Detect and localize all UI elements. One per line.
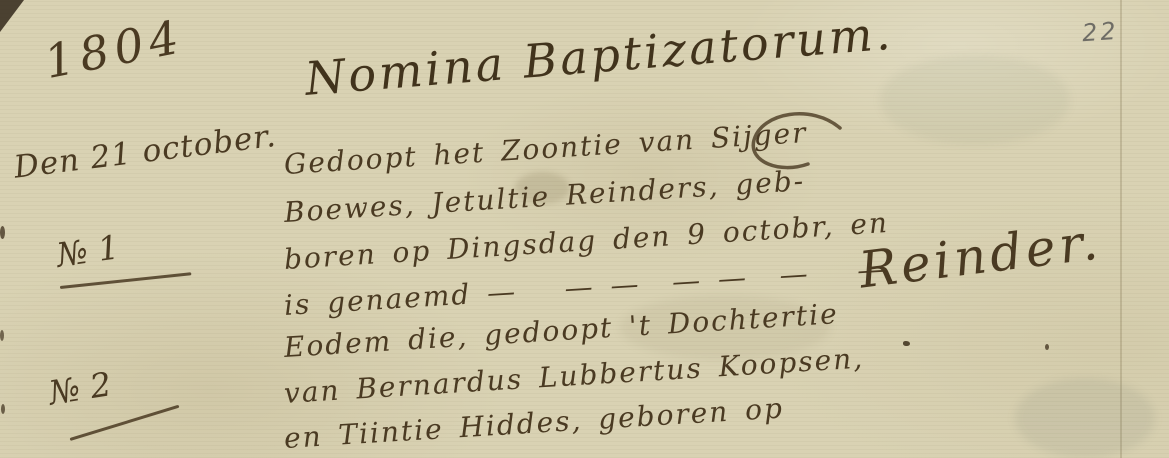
year-label: 1804 [40, 9, 189, 89]
ink-speck [903, 341, 910, 346]
entry-2-underline [70, 405, 180, 441]
bleedthrough-stain [880, 55, 1070, 145]
entry-1-number: № 1 [54, 227, 122, 274]
manuscript-page: 22 1804 Nomina Baptizatorum. Den 21 octo… [0, 0, 1169, 458]
ink-speck [0, 330, 4, 341]
page-title: Nomina Baptizatorum. [303, 6, 895, 106]
bleedthrough-stain [1015, 378, 1155, 458]
ink-speck [1, 404, 5, 414]
corner-stain [0, 0, 24, 32]
ink-speck [0, 226, 5, 239]
entry-1-underline [60, 272, 192, 289]
margin-date: Den 21 october. [12, 118, 278, 186]
ink-speck [1045, 344, 1049, 350]
page-number: 22 [1081, 17, 1119, 47]
entry-2-number: № 2 [46, 364, 114, 412]
baptized-name-label: Reinder. [856, 212, 1105, 299]
